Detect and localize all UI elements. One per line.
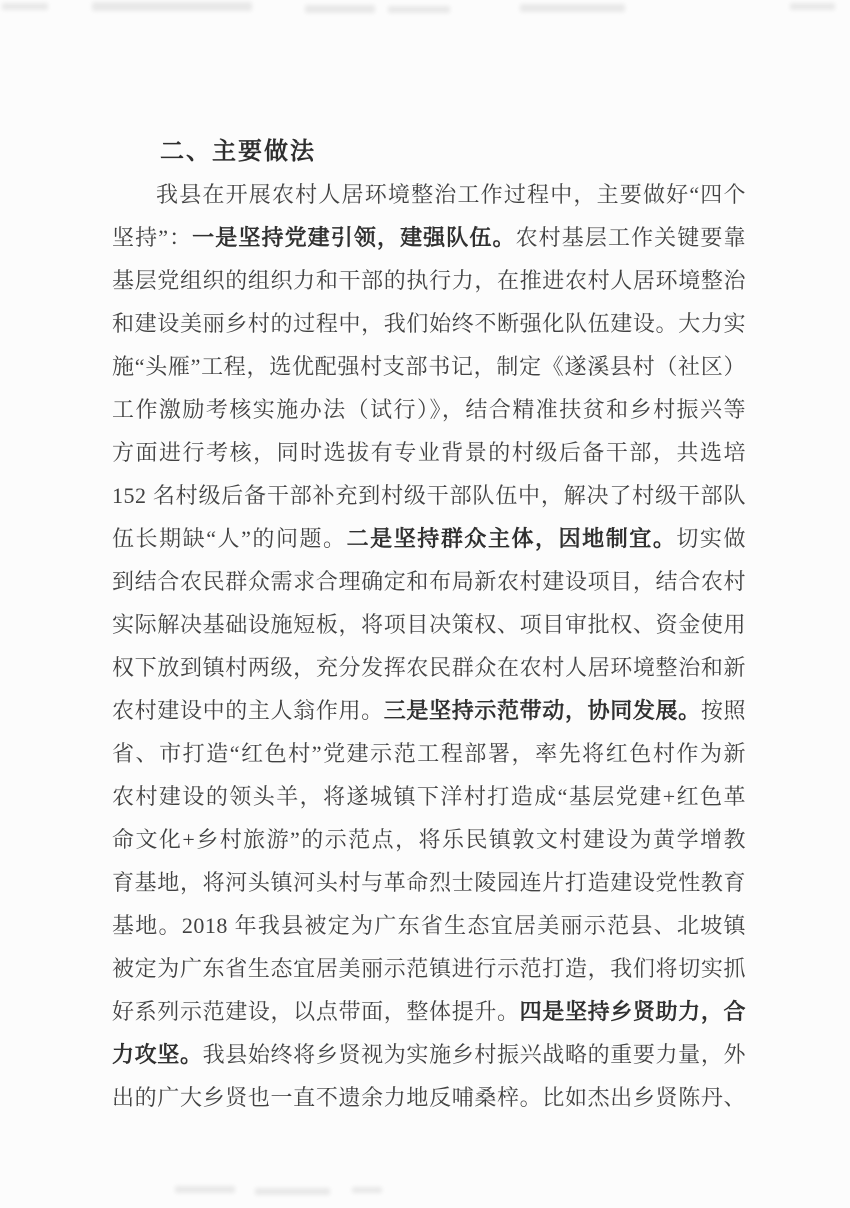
text-line: 力攻坚。我县始终将乡贤视为实施乡村振兴战略的重要力量，外 <box>112 1033 746 1076</box>
line-segment: 权下放到镇村两级，充分发挥农民群众在农村人居环境整治和新 <box>112 655 746 680</box>
text-line: 和建设美丽乡村的过程中，我们始终不断强化队伍建设。大力实 <box>112 302 746 345</box>
text-line: 方面进行考核，同时选拔有专业背景的村级后备干部，共选培 <box>112 431 746 474</box>
line-segment: 我县在开展农村人居环境整治工作过程中，主要做好“四个 <box>156 182 746 207</box>
text-line: 好系列示范建设，以点带面，整体提升。四是坚持乡贤助力，合 <box>112 990 746 1033</box>
line-segment: 152 名村级后备干部补充到村级干部队伍中，解决了村级干部队 <box>112 483 746 508</box>
scanned-document-page: 二、主要做法 我县在开展农村人居环境整治工作过程中，主要做好“四个 坚持”：一是… <box>0 0 850 1208</box>
text-line: 省、市打造“红色村”党建示范工程部署，率先将红色村作为新 <box>112 732 746 775</box>
line-segment: 省、市打造“红色村”党建示范工程部署，率先将红色村作为新 <box>112 741 746 766</box>
scan-artifact <box>520 4 625 12</box>
scan-artifact <box>255 1188 330 1195</box>
scan-artifact <box>175 1186 235 1193</box>
text-line: 出的广大乡贤也一直不遗余力地反哺桑梓。比如杰出乡贤陈丹、 <box>112 1076 746 1119</box>
scan-artifact <box>2 3 48 10</box>
text-line: 实际解决基础设施短板，将项目决策权、项目审批权、资金使用 <box>112 603 746 646</box>
line-bold-segment: 力攻坚。 <box>112 1042 203 1067</box>
scan-artifact <box>92 2 252 11</box>
line-segment: 施“头雁”工程，选优配强村支部书记，制定《遂溪县村（社区） <box>112 354 746 379</box>
line-segment: 按照 <box>701 698 746 723</box>
text-line: 到结合农民群众需求合理确定和布局新农村建设项目，结合农村 <box>112 560 746 603</box>
line-segment: 农村基层工作关键要靠 <box>516 225 746 250</box>
text-line: 命文化+乡村旅游”的示范点，将乐民镇敦文村建设为黄学增教 <box>112 818 746 861</box>
text-line: 152 名村级后备干部补充到村级干部队伍中，解决了村级干部队 <box>112 474 746 517</box>
text-line: 育基地，将河头镇河头村与革命烈士陵园连片打造建设党性教育 <box>112 861 746 904</box>
text-line: 我县在开展农村人居环境整治工作过程中，主要做好“四个 <box>112 173 746 216</box>
line-segment: 出的广大乡贤也一直不遗余力地反哺桑梓。比如杰出乡贤陈丹、 <box>112 1085 746 1110</box>
scan-artifact <box>305 5 375 13</box>
line-segment: 农村建设中的主人翁作用。 <box>112 698 384 723</box>
scan-artifact <box>352 1187 382 1193</box>
text-line: 施“头雁”工程，选优配强村支部书记，制定《遂溪县村（社区） <box>112 345 746 388</box>
line-segment: 育基地，将河头镇河头村与革命烈士陵园连片打造建设党性教育 <box>112 870 746 895</box>
line-segment: 工作激励考核实施办法（试行）》，结合精准扶贫和乡村振兴等 <box>112 397 746 422</box>
line-segment: 切实做 <box>676 526 746 551</box>
scan-artifact <box>790 3 835 10</box>
line-segment: 实际解决基础设施短板，将项目决策权、项目审批权、资金使用 <box>112 612 746 637</box>
text-line: 伍长期缺“人”的问题。二是坚持群众主体，因地制宜。切实做 <box>112 517 746 560</box>
line-segment: 伍长期缺“人”的问题。 <box>112 526 347 551</box>
line-segment: 好系列示范建设，以点带面，整体提升。 <box>112 999 520 1024</box>
text-line: 农村建设中的主人翁作用。三是坚持示范带动，协同发展。按照 <box>112 689 746 732</box>
text-line: 权下放到镇村两级，充分发挥农民群众在农村人居环境整治和新 <box>112 646 746 689</box>
text-line: 坚持”：一是坚持党建引领，建强队伍。农村基层工作关键要靠 <box>112 216 746 259</box>
line-segment: 命文化+乡村旅游”的示范点，将乐民镇敦文村建设为黄学增教 <box>112 827 746 852</box>
section-heading: 二、主要做法 <box>112 130 746 173</box>
scan-artifact <box>388 6 450 13</box>
line-segment: 被定为广东省生态宜居美丽示范镇进行示范打造，我们将切实抓 <box>112 956 746 981</box>
line-segment: 到结合农民群众需求合理确定和布局新农村建设项目，结合农村 <box>112 569 746 594</box>
line-segment: 基层党组织的组织力和干部的执行力，在推进农村人居环境整治 <box>112 268 746 293</box>
line-bold-segment: 三是坚持示范带动，协同发展。 <box>384 698 701 723</box>
text-line: 被定为广东省生态宜居美丽示范镇进行示范打造，我们将切实抓 <box>112 947 746 990</box>
document-body: 二、主要做法 我县在开展农村人居环境整治工作过程中，主要做好“四个 坚持”：一是… <box>112 130 746 1119</box>
text-line: 基层党组织的组织力和干部的执行力，在推进农村人居环境整治 <box>112 259 746 302</box>
text-line: 工作激励考核实施办法（试行）》，结合精准扶贫和乡村振兴等 <box>112 388 746 431</box>
text-line: 农村建设的领头羊，将遂城镇下洋村打造成“基层党建+红色革 <box>112 775 746 818</box>
line-bold-segment: 二是坚持群众主体，因地制宜。 <box>347 526 677 551</box>
line-bold-segment: 四是坚持乡贤助力，合 <box>520 999 746 1024</box>
line-segment: 我县始终将乡贤视为实施乡村振兴战略的重要力量，外 <box>203 1042 746 1067</box>
line-segment: 基地。2018 年我县被定为广东省生态宜居美丽示范县、北坡镇 <box>112 913 746 938</box>
text-line: 基地。2018 年我县被定为广东省生态宜居美丽示范县、北坡镇 <box>112 904 746 947</box>
line-segment: 和建设美丽乡村的过程中，我们始终不断强化队伍建设。大力实 <box>112 311 746 336</box>
line-segment: 农村建设的领头羊，将遂城镇下洋村打造成“基层党建+红色革 <box>112 784 746 809</box>
line-bold-segment: 一是坚持党建引领，建强队伍。 <box>192 225 515 250</box>
line-segment: 方面进行考核，同时选拔有专业背景的村级后备干部，共选培 <box>112 440 746 465</box>
line-segment: 坚持”： <box>112 225 192 250</box>
